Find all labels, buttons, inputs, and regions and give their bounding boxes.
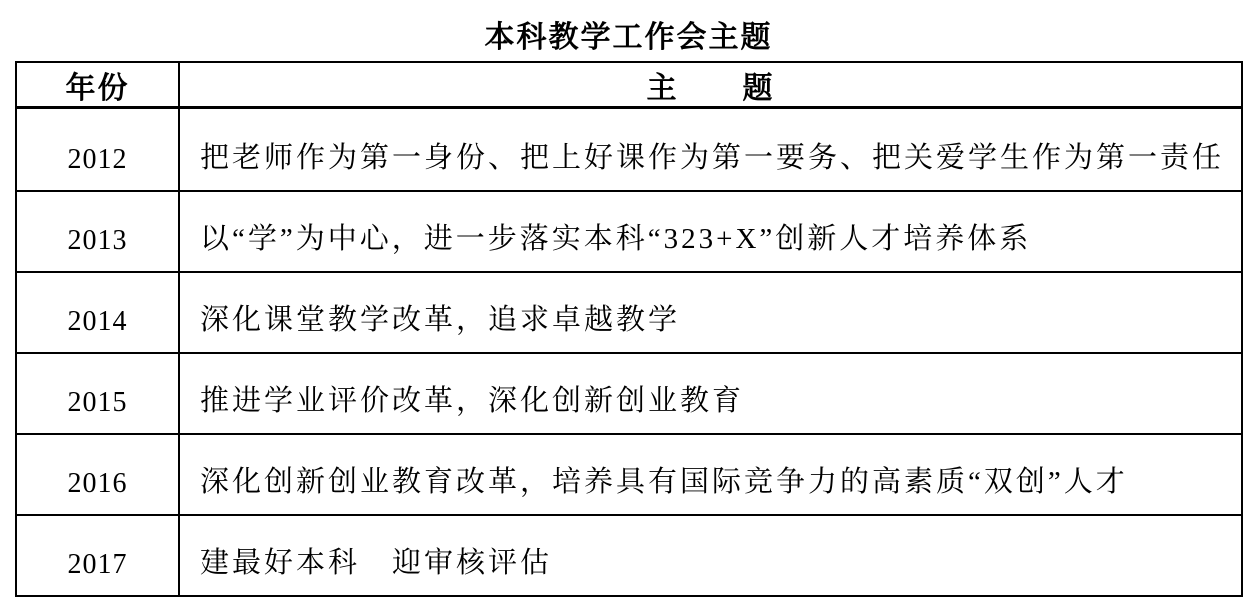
theme-cell: 深化创新创业教育改革，培养具有国际竞争力的高素质“双创”人才 — [180, 435, 1241, 514]
table-row: 2012 把老师作为第一身份、把上好课作为第一要务、把关爱学生作为第一责任 — [17, 109, 1241, 190]
year-cell: 2013 — [17, 192, 180, 271]
table-row: 2013 以“学”为中心，进一步落实本科“323+X”创新人才培养体系 — [17, 190, 1241, 271]
year-column-header: 年份 — [17, 63, 180, 107]
year-cell: 2014 — [17, 273, 180, 352]
table-row: 2016 深化创新创业教育改革，培养具有国际竞争力的高素质“双创”人才 — [17, 433, 1241, 514]
year-cell: 2016 — [17, 435, 180, 514]
year-cell: 2012 — [17, 109, 180, 190]
document-page: 本科教学工作会主题 年份 主 题 2012 把老师作为第一身份、把上好课作为第一… — [0, 0, 1257, 610]
theme-cell: 建最好本科 迎审核评估 — [180, 516, 1241, 595]
theme-column-header: 主 题 — [180, 63, 1241, 107]
theme-cell: 以“学”为中心，进一步落实本科“323+X”创新人才培养体系 — [180, 192, 1241, 271]
theme-cell: 把老师作为第一身份、把上好课作为第一要务、把关爱学生作为第一责任 — [180, 109, 1241, 190]
table-header-row: 年份 主 题 — [17, 63, 1241, 109]
year-cell: 2015 — [17, 354, 180, 433]
theme-cell: 推进学业评价改革，深化创新创业教育 — [180, 354, 1241, 433]
themes-table: 年份 主 题 2012 把老师作为第一身份、把上好课作为第一要务、把关爱学生作为… — [15, 61, 1243, 597]
table-row: 2017 建最好本科 迎审核评估 — [17, 514, 1241, 595]
table-row: 2015 推进学业评价改革，深化创新创业教育 — [17, 352, 1241, 433]
theme-cell: 深化课堂教学改革，追求卓越教学 — [180, 273, 1241, 352]
page-title: 本科教学工作会主题 — [0, 12, 1257, 56]
table-row: 2014 深化课堂教学改革，追求卓越教学 — [17, 271, 1241, 352]
year-cell: 2017 — [17, 516, 180, 595]
